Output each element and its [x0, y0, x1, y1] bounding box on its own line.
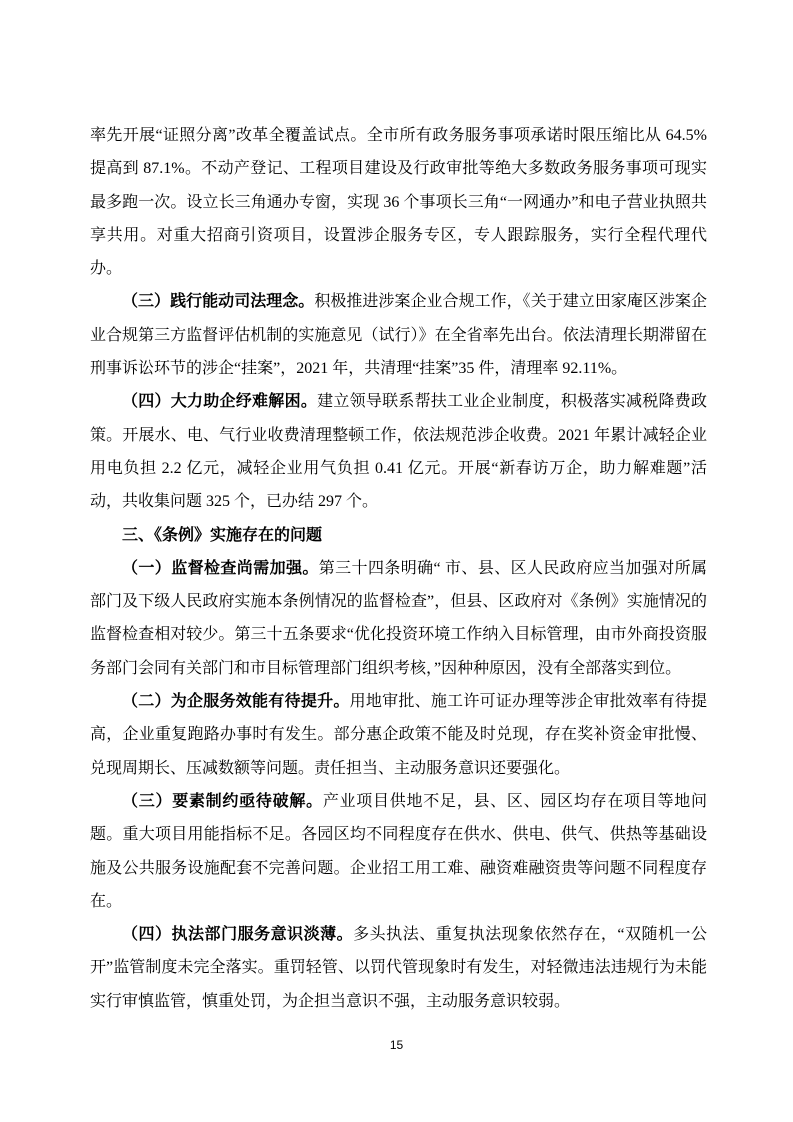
paragraph: （四）大力助企纾难解困。建立领导联系帮扶工业企业制度，积极落实减税降费政策。开展…: [90, 385, 707, 518]
paragraph-text: 第三十四条明确“ 市、县、区人民政府应当加强对所属部门及下级人民政府实施本条例情…: [90, 560, 707, 677]
section-heading-text: 三、《条例》实施存在的问题: [122, 527, 322, 544]
document-body: 率先开展“证照分离”改革全覆盖试点。全市所有政务服务事项承诺时限压缩比从 64.…: [90, 119, 707, 1018]
paragraph-text: 率先开展“证照分离”改革全覆盖试点。全市所有政务服务事项承诺时限压缩比从 64.…: [90, 127, 707, 277]
document-page: 率先开展“证照分离”改革全覆盖试点。全市所有政务服务事项承诺时限压缩比从 64.…: [0, 0, 793, 1122]
paragraph-lead: （三）践行能动司法理念。: [122, 293, 314, 310]
paragraph: （四）执法部门服务意识淡薄。多头执法、重复执法现象依然存在，“双随机一公开”监管…: [90, 918, 707, 1018]
paragraph: （三）践行能动司法理念。积极推进涉案企业合规工作，《关于建立田家庵区涉案企业合规…: [90, 285, 707, 385]
paragraph-lead: （四）大力助企纾难解困。: [122, 393, 317, 410]
paragraph: （二）为企服务效能有待提升。用地审批、施工许可证办理等涉企审批效率有待提高，企业…: [90, 685, 707, 785]
paragraph: （三）要素制约亟待破解。产业项目供地不足，县、区、园区均存在项目等地问题。重大项…: [90, 785, 707, 918]
page-number: 15: [0, 1038, 793, 1052]
paragraph-lead: （三）要素制约亟待破解。: [122, 793, 323, 810]
paragraph-lead: （一）监督检查尚需加强。: [122, 560, 319, 577]
paragraph-text: 产业项目供地不足，县、区、园区均存在项目等地问题。重大项目用能指标不足。各园区均…: [90, 793, 707, 910]
section-heading: 三、《条例》实施存在的问题: [90, 519, 707, 552]
paragraph-lead: （二）为企服务效能有待提升。: [122, 693, 350, 710]
paragraph-continuation: 率先开展“证照分离”改革全覆盖试点。全市所有政务服务事项承诺时限压缩比从 64.…: [90, 119, 707, 285]
paragraph-text: 建立领导联系帮扶工业企业制度，积极落实减税降费政策。开展水、电、气行业收费清理整…: [90, 393, 707, 510]
paragraph-lead: （四）执法部门服务意识淡薄。: [122, 926, 353, 943]
paragraph: （一）监督检查尚需加强。第三十四条明确“ 市、县、区人民政府应当加强对所属部门及…: [90, 552, 707, 685]
